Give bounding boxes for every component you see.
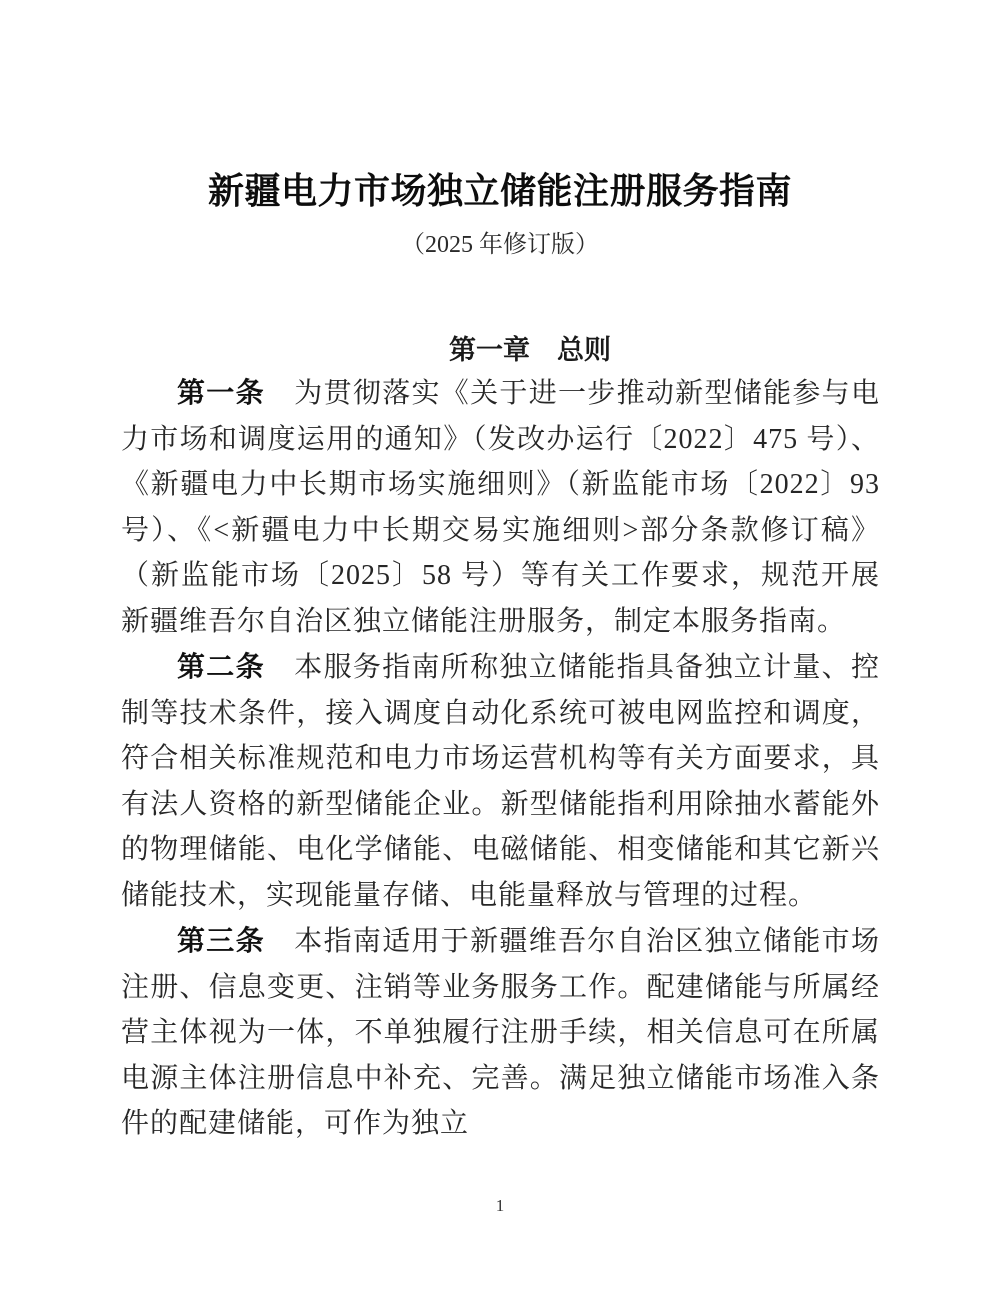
document-title: 新疆电力市场独立储能注册服务指南: [0, 163, 1000, 214]
article-1-text: 为贯彻落实《关于进一步推动新型储能参与电力市场和调度运用的通知》（发改办运行〔2…: [121, 378, 880, 637]
article-3-lead: 第三条: [177, 925, 265, 956]
article-1-lead: 第一条: [177, 377, 265, 408]
article-paragraph-1: 第一条为贯彻落实《关于进一步推动新型储能参与电力市场和调度运用的通知》（发改办运…: [121, 370, 880, 644]
article-paragraph-3: 第三条本指南适用于新疆维吾尔自治区独立储能市场注册、信息变更、注销等业务服务工作…: [121, 918, 880, 1147]
article-paragraph-2: 第二条本服务指南所称独立储能指具备独立计量、控制等技术条件，接入调度自动化系统可…: [121, 644, 880, 918]
article-2-lead: 第二条: [177, 651, 265, 682]
page-number: 1: [0, 1196, 1000, 1216]
document-page: 新疆电力市场独立储能注册服务指南 （2025 年修订版） 第一章 总则 第一条为…: [0, 0, 1000, 1294]
article-2-text: 本服务指南所称独立储能指具备独立计量、控制等技术条件，接入调度自动化系统可被电网…: [121, 652, 880, 911]
document-body: 第一条为贯彻落实《关于进一步推动新型储能参与电力市场和调度运用的通知》（发改办运…: [121, 370, 880, 1147]
chapter-heading: 第一章 总则: [30, 328, 1000, 367]
article-3-text: 本指南适用于新疆维吾尔自治区独立储能市场注册、信息变更、注销等业务服务工作。配建…: [121, 926, 880, 1139]
document-subtitle: （2025 年修订版）: [0, 224, 1000, 259]
